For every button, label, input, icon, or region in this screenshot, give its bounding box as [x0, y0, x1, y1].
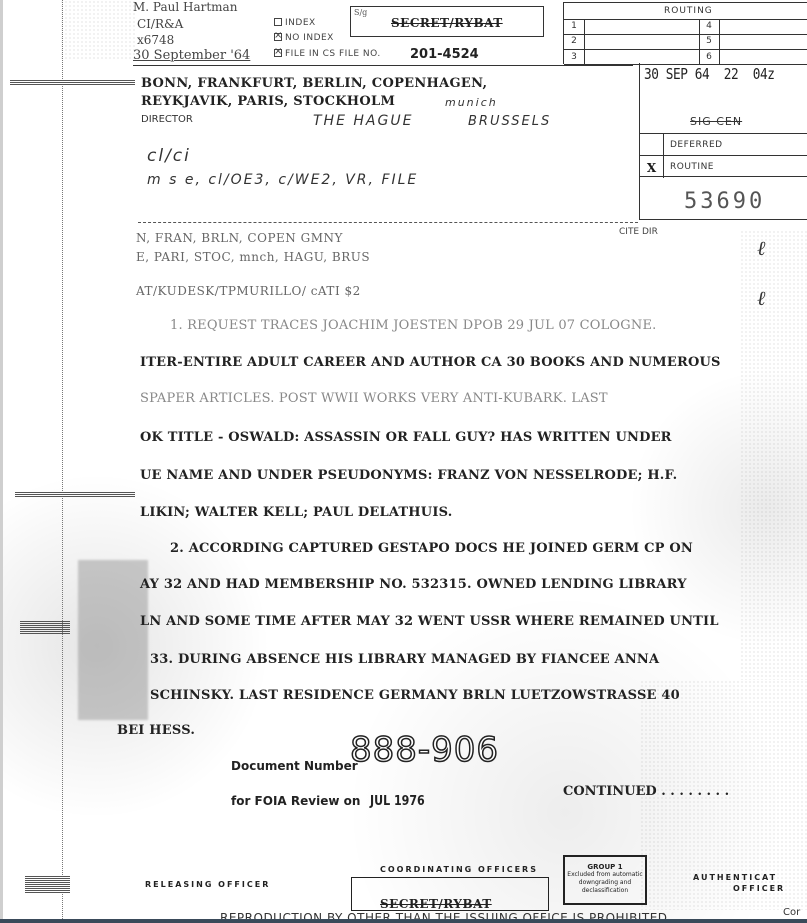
scan-artifact — [10, 80, 135, 85]
coordinating-officers-label: COORDINATING OFFICERS — [380, 865, 538, 874]
originator-unit: CI/R&A — [137, 17, 183, 31]
routing-number: 4 — [699, 21, 719, 31]
group-text: Excluded from automatic — [565, 871, 645, 879]
index-label: INDEX — [285, 18, 316, 28]
handwritten-brussels: BRUSSELS — [468, 114, 551, 129]
authenticating-officer-label: OFFICER — [733, 884, 785, 893]
routing-number: 5 — [699, 36, 719, 46]
routing-row: 1 4 — [564, 19, 807, 32]
routing-divider — [584, 20, 585, 65]
copy-label: Cor — [783, 907, 800, 918]
address-separator — [138, 222, 638, 223]
no-index-label: NO INDEX — [285, 33, 334, 43]
body-line: BEI HESS. — [117, 723, 195, 738]
routing-divider — [719, 20, 720, 65]
footer-classification: SECRET/RYBAT — [380, 897, 492, 911]
addressees-line-2: REYKJAVIK, PARIS, STOCKHOLM — [141, 94, 395, 109]
addressees-line-1: BONN, FRANKFURT, BERLIN, COPENHAGEN, — [141, 76, 487, 91]
body-line: LIKIN; WALTER KELL; PAUL DELATHUIS. — [140, 505, 452, 520]
handwritten-conf: cl/ci — [147, 146, 191, 166]
continued-label: CONTINUED . . . . . . . . — [563, 784, 729, 799]
slug-line-2: E, PARI, STOC, mnch, HAGU, BRUS — [136, 250, 370, 264]
slug-line-1: N, FRAN, BRLN, COPEN GMNY — [136, 231, 343, 245]
routing-number: 2 — [564, 36, 584, 46]
classification-box: S/g SECRET/RYBAT — [350, 6, 544, 37]
precedence-routine: X ROUTINE — [640, 155, 807, 177]
precedence-mark — [640, 134, 664, 156]
routing-table: ROUTING 1 4 2 5 3 6 — [563, 2, 807, 64]
foia-review-date: JUL 1976 — [370, 794, 425, 809]
scan-smudge — [78, 560, 148, 720]
routing-number: 1 — [564, 21, 584, 31]
checkbox-empty-icon — [274, 18, 282, 26]
checkbox-checked-icon — [274, 49, 282, 57]
body-line: 33. DURING ABSENCE HIS LIBRARY MANAGED B… — [150, 652, 659, 667]
handwritten-initial: ℓ — [757, 286, 765, 311]
checkbox-checked-icon — [274, 33, 282, 41]
precedence-label: DEFERRED — [670, 140, 723, 150]
cite-dir-label: CITE DIR — [619, 227, 658, 237]
group-1-box: GROUP 1 Excluded from automatic downgrad… — [563, 855, 647, 905]
message-number: 53690 — [684, 189, 765, 214]
datetime-precedence-box: 30 SEP 64 22 04z SIG CEN DEFERRED X ROUT… — [639, 63, 807, 220]
scan-speckle — [740, 230, 807, 680]
originator-extension: x6748 — [137, 33, 174, 47]
routing-title: ROUTING — [664, 6, 713, 16]
precedence-label: ROUTINE — [670, 162, 714, 172]
viewer-left-border — [0, 0, 3, 923]
no-index-checkbox: NO INDEX — [274, 33, 334, 43]
header-rule — [133, 65, 633, 66]
precedence-mark: X — [640, 156, 664, 178]
scan-artifact — [15, 492, 135, 497]
scan-artifact — [20, 620, 70, 634]
index-checkbox: INDEX — [274, 18, 316, 28]
foia-review-label: for FOIA Review on — [231, 794, 360, 808]
routing-row: 2 5 — [564, 34, 807, 47]
group-title: GROUP 1 — [565, 863, 645, 871]
body-line: LN AND SOME TIME AFTER MAY 32 WENT USSR … — [140, 614, 719, 629]
classification-label: SECRET/RYBAT — [391, 16, 503, 30]
group-text: declassification — [565, 887, 645, 895]
authenticating-officer-label: AUTHENTICAT — [693, 873, 777, 882]
routing-divider — [699, 20, 700, 65]
scanned-document-page: M. Paul Hartman CI/R&A x6748 30 Septembe… — [0, 0, 807, 923]
routing-number: 3 — [564, 52, 584, 62]
body-line: SCHINSKY. LAST RESIDENCE GERMANY BRLN LU… — [150, 688, 680, 703]
body-line: OK TITLE - OSWALD: ASSASSIN OR FALL GUY?… — [140, 430, 672, 445]
body-line: ITER-ENTIRE ADULT CAREER AND AUTHOR CA 3… — [140, 355, 721, 370]
group-text: downgrading and — [565, 879, 645, 887]
handwritten-initial: ℓ — [757, 236, 765, 261]
file-in-cs-label: FILE IN CS FILE NO. — [285, 49, 381, 59]
handwritten-munich: munich — [445, 96, 498, 109]
scan-artifact — [25, 875, 70, 893]
classification-initials: S/g — [354, 8, 367, 17]
handwritten-info: m s e, cl/OE3, c/WE2, VR, FILE — [147, 172, 418, 188]
body-line: 1. REQUEST TRACES JOACHIM JOESTEN DPOB 2… — [170, 318, 656, 333]
routing-number: 6 — [699, 52, 719, 62]
slug-line-3: AT/KUDESK/TPMURILLO/ cATI $2 — [136, 284, 361, 298]
file-number: 201-4524 — [410, 47, 479, 62]
body-line: 2. ACCORDING CAPTURED GESTAPO DOCS HE JO… — [170, 541, 693, 556]
originator-name: M. Paul Hartman — [133, 0, 237, 14]
document-number: 888-906 — [350, 730, 499, 770]
from-director-label: DIRECTOR — [141, 114, 193, 125]
sig-cen-label: SIG CEN — [690, 115, 742, 128]
scan-speckle — [60, 0, 135, 60]
document-number-label: Document Number — [231, 759, 358, 773]
releasing-officer-label: RELEASING OFFICER — [145, 880, 270, 889]
file-in-cs-checkbox: FILE IN CS FILE NO. — [274, 49, 381, 59]
viewer-bottom-border — [0, 919, 807, 923]
precedence-deferred: DEFERRED — [640, 133, 807, 155]
scan-edge-line — [62, 0, 63, 923]
message-date: 30 September '64 — [133, 48, 250, 63]
body-line: SPAPER ARTICLES. POST WWII WORKS VERY AN… — [140, 391, 608, 406]
body-line: AY 32 AND HAD MEMBERSHIP NO. 532315. OWN… — [140, 577, 687, 592]
datetime-stamp: 30 SEP 64 22 04z — [644, 65, 775, 83]
handwritten-the-hague: THE HAGUE — [313, 113, 413, 129]
body-line: UE NAME AND UNDER PSEUDONYMS: FRANZ VON … — [140, 468, 677, 483]
